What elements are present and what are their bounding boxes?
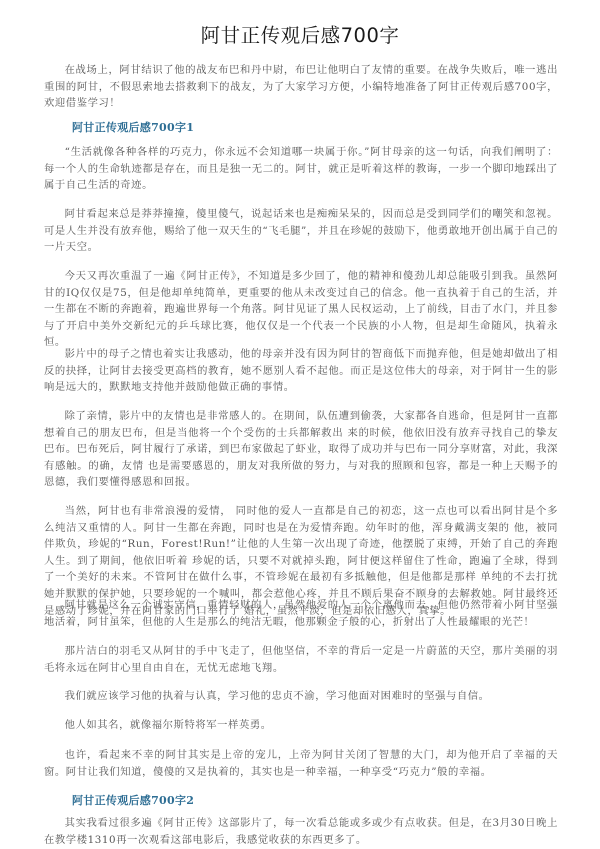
section-1-paragraph-9: 我们就应该学习他的执着与认真，学习他的忠贞不渝，学习他面对困难时的坚强与自信。 xyxy=(44,688,558,705)
section-1-paragraph-11: 也许，看起来不幸的阿甘其实是上帝的宠儿，上帝为阿甘关闭了智慧的大门，却为他开启了… xyxy=(44,747,558,780)
section-1-paragraph-4: 影片中的母子之情也着实让我感动，他的母亲并没有因为阿甘的智商低下而抛弃他，但是她… xyxy=(44,346,558,396)
page-title: 阿甘正传观后感700字 xyxy=(0,20,600,48)
intro-paragraph: 在战场上，阿甘结识了他的战友布巴和丹中尉，布巴让他明白了友情的重要。在战争失败后… xyxy=(44,62,558,112)
section-1-paragraph-2: 阿甘看起来总是莽莽撞撞，傻里傻气，说起话来也是痴痴呆呆的，因而总是受到同学们的嘲… xyxy=(44,206,558,256)
document-page: 阿甘正传观后感700字 在战场上，阿甘结识了他的战友布巴和丹中尉，布巴让他明白了… xyxy=(0,0,600,849)
section-1-paragraph-3: 今天又再次重温了一遍《阿甘正传》，不知道是多少回了，他的精神和傻劲儿却总能吸引到… xyxy=(44,268,558,351)
section-1-paragraph-10: 他人如其名，就像福尔斯特将军一样英勇。 xyxy=(44,717,558,734)
section-1-paragraph-1: “生活就像各种各样的巧克力，你永远不会知道哪一块属于你。”阿甘母亲的这一句话，向… xyxy=(44,144,558,194)
section-1-paragraph-5: 除了亲情，影片中的友情也是非常感人的。在期间，队伍遭到偷袭，大家都各自逃命，但是… xyxy=(44,408,558,491)
section-2-paragraph-1: 其实我看过很多遍《阿甘正传》这部影片了，每一次看总能或多或少有点收获。但是，在3… xyxy=(44,815,558,848)
section-1-paragraph-8: 那片洁白的羽毛又从阿甘的手中飞走了，但他坚信，不幸的背后一定是一片蔚蓝的天空，那… xyxy=(44,643,558,676)
section-1-paragraph-7: 阿甘就是这么一个诚实守信，重情轻财的人，虽然他爱的人一个个离他而去，但他仍然带着… xyxy=(44,597,558,630)
section-heading-2: 阿甘正传观后感700字2 xyxy=(72,792,194,808)
section-heading-1: 阿甘正传观后感700字1 xyxy=(72,119,194,135)
